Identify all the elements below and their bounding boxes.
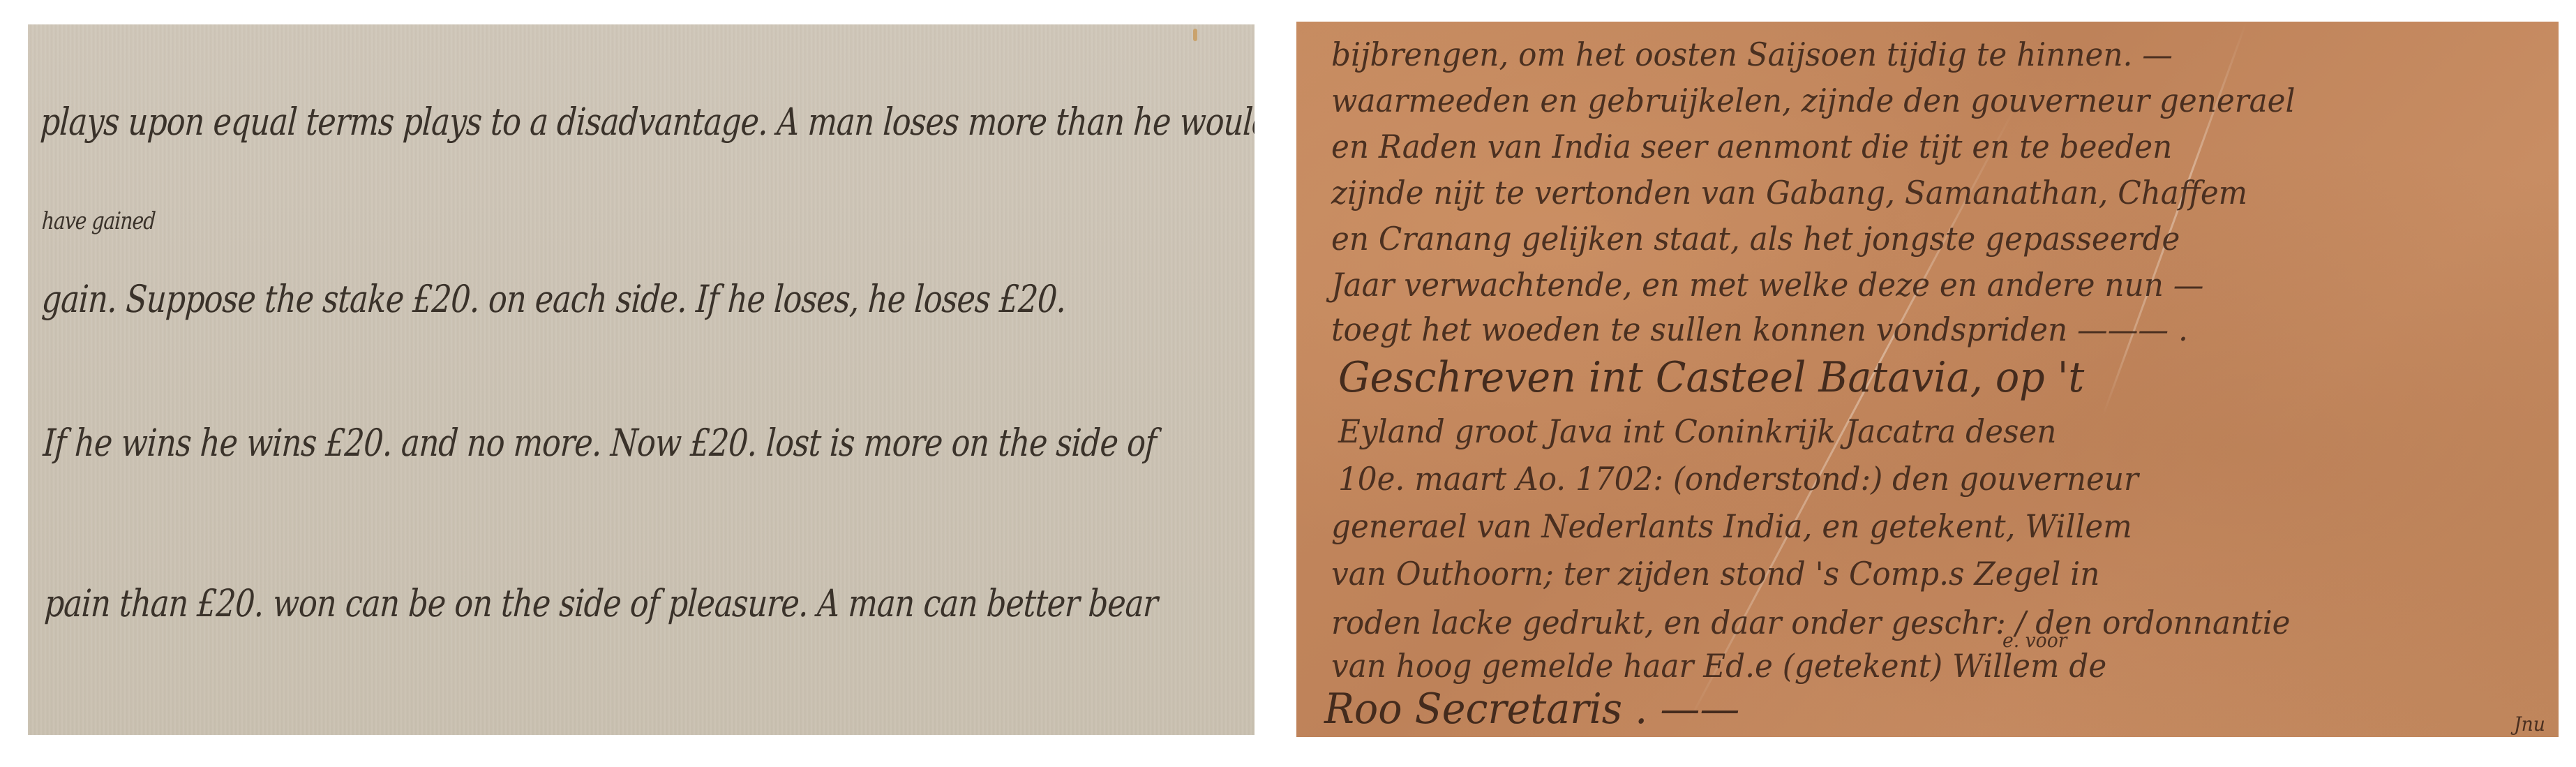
english-manuscript-page: plays upon equal terms plays to a disadv… <box>28 24 1255 735</box>
manuscript-line: Eyland groot Java int Coninkrijk Jacatra… <box>1338 412 2056 450</box>
ink-stain <box>1193 29 1197 41</box>
manuscript-line: gain. Suppose the stake £20. on each sid… <box>40 277 1067 321</box>
manuscript-line: van hoog gemelde haar Ed.e (getekent) Wi… <box>1331 647 2106 685</box>
manuscript-line: en Cranang gelijken staat, als het jongs… <box>1331 220 2180 258</box>
manuscript-line: van Outhoorn; ter zijden stond 's Comp.s… <box>1331 555 2099 593</box>
manuscript-line: en Raden van India seer aenmont die tijt… <box>1331 128 2172 165</box>
manuscript-line: plays upon equal terms plays to a disadv… <box>39 100 1255 144</box>
paper-crease <box>2102 22 2247 416</box>
manuscript-line-heading: Geschreven int Casteel Batavia, op 't <box>1338 353 2084 402</box>
dutch-manuscript-page: bijbrengen, om het oosten Saijsoen tijdi… <box>1296 22 2559 737</box>
manuscript-line: pain than £20. won can be on the side of… <box>43 581 1158 625</box>
manuscript-line: toegt het woeden te sullen konnen vondsp… <box>1331 311 2188 348</box>
manuscript-line: Jaar verwachtende, en met welke deze en … <box>1331 266 2203 304</box>
manuscript-line: 10e. maart Ao. 1702: (onderstond:) den g… <box>1338 460 2139 498</box>
manuscript-line: generael van Nederlants India, en geteke… <box>1331 507 2132 545</box>
manuscript-line: zijnde nijt te vertonden van Gabang, Sam… <box>1331 174 2247 211</box>
margin-note: Jnu <box>2514 713 2545 736</box>
manuscript-interlinear: have gained <box>41 207 156 235</box>
manuscript-line: If he wins he wins £20. and no more. Now… <box>42 421 1157 465</box>
manuscript-line: waarmeeden en gebruijkelen, zijnde den g… <box>1331 82 2296 119</box>
manuscript-line: roden lacke gedrukt, en daar onder gesch… <box>1331 604 2291 641</box>
manuscript-signature-line: Roo Secretaris . —— <box>1324 685 1739 734</box>
manuscript-line: bijbrengen, om het oosten Saijsoen tijdi… <box>1331 36 2173 73</box>
